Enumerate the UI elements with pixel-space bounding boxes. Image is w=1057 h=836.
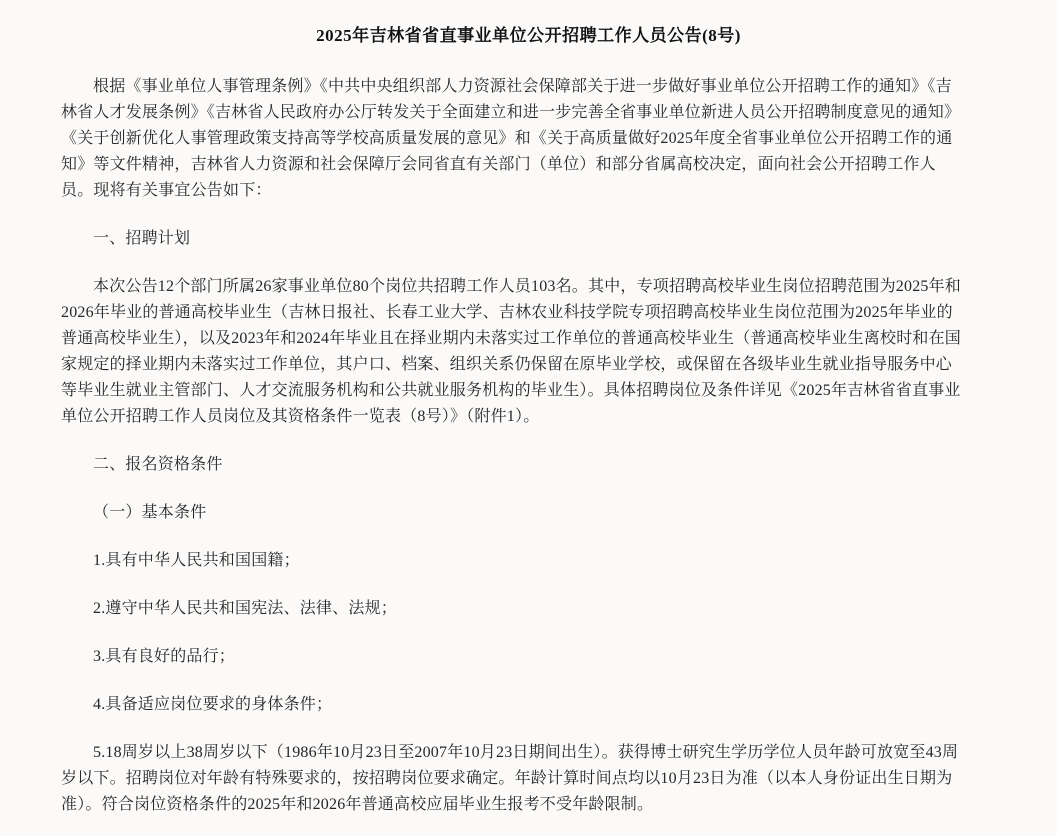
section-heading-recruitment-plan: 一、招聘计划 (61, 226, 962, 252)
condition-item-2: 2.遵守中华人民共和国宪法、法律、法规； (61, 596, 962, 622)
document-title: 2025年吉林省省直事业单位公开招聘工作人员公告(8号) (61, 23, 996, 49)
section-heading-application-qualifications: 二、报名资格条件 (61, 452, 962, 478)
condition-item-4: 4.具备适应岗位要求的身体条件； (61, 692, 962, 718)
recruitment-plan-paragraph: 本次公告12个部门所属26家事业单位80个岗位共招聘工作人员103名。其中，专项… (61, 274, 962, 430)
announcement-document: 2025年吉林省省直事业单位公开招聘工作人员公告(8号) 根据《事业单位人事管理… (0, 0, 1057, 836)
condition-item-5: 5.18周岁以上38周岁以下（1986年10月23日至2007年10月23日期间… (61, 740, 962, 818)
condition-item-1: 1.具有中华人民共和国国籍； (61, 548, 962, 574)
intro-paragraph: 根据《事业单位人事管理条例》《中共中央组织部人力资源社会保障部关于进一步做好事业… (61, 74, 962, 204)
subsection-heading-basic-conditions: （一）基本条件 (61, 500, 962, 526)
condition-item-3: 3.具有良好的品行； (61, 644, 962, 670)
